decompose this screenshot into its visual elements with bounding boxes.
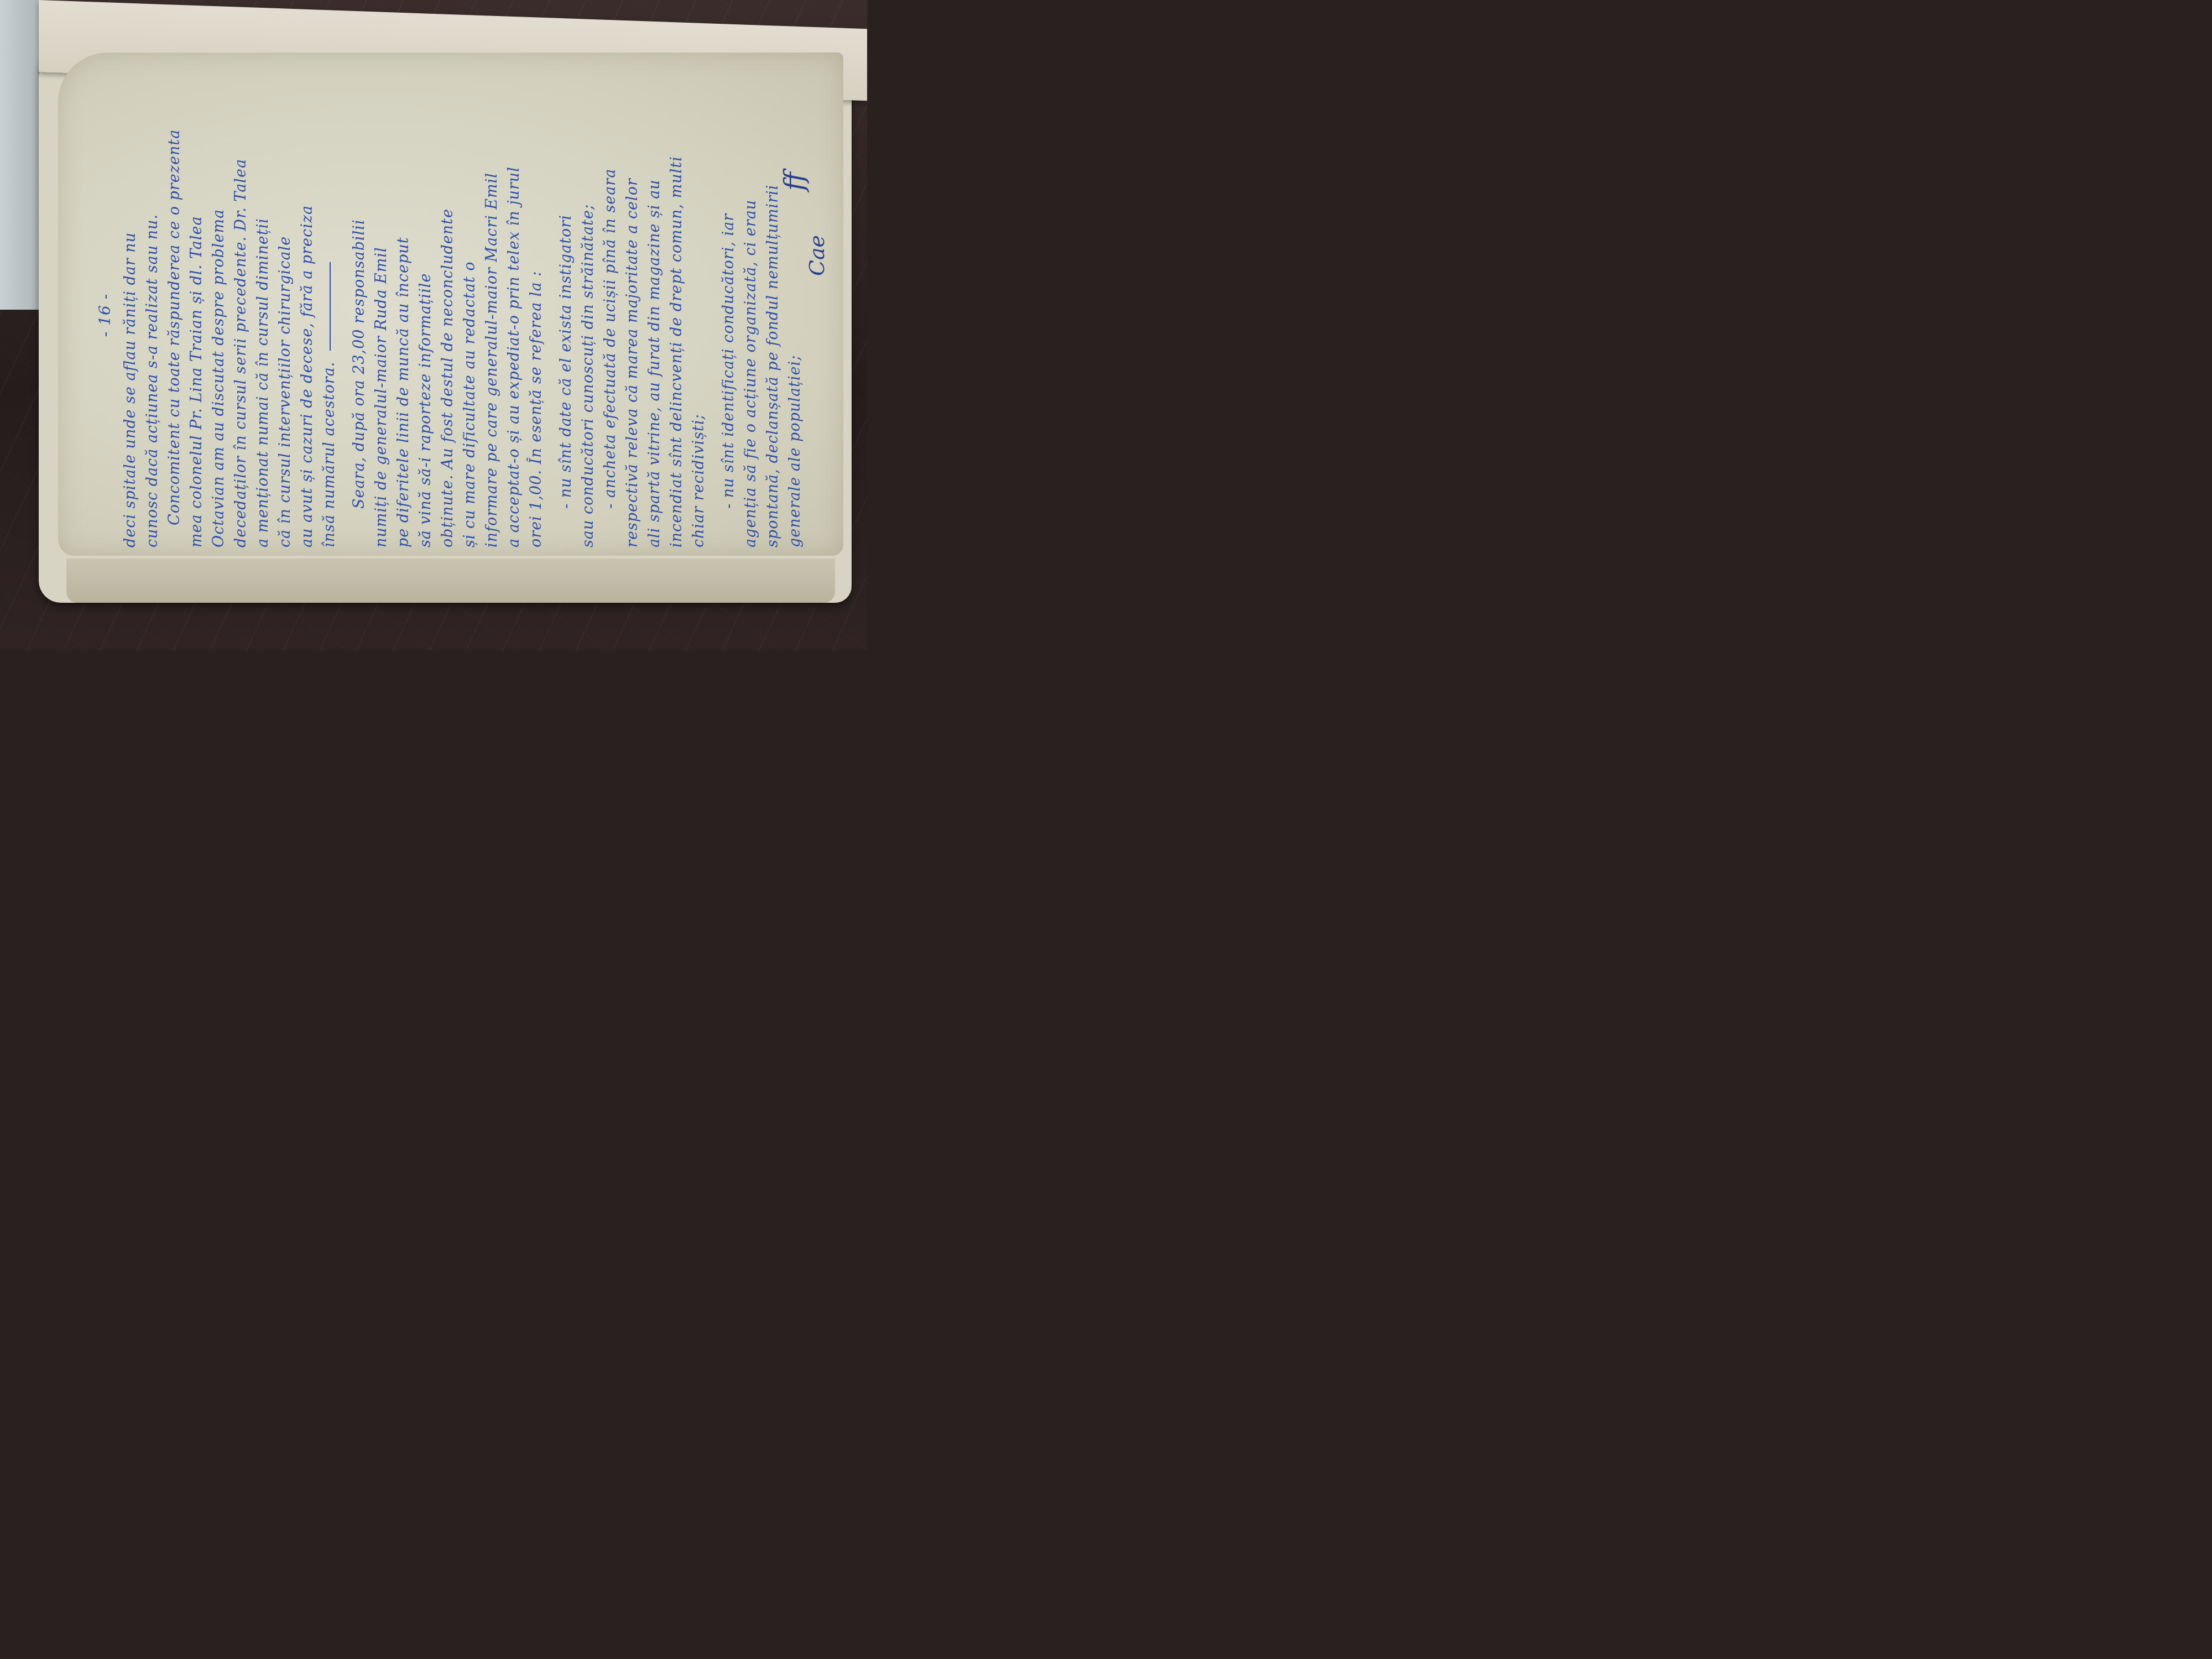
bullet-line: agenția să fie o acțiune organizată, ci … xyxy=(740,83,762,547)
text-line: însă numărul acestora. xyxy=(319,83,341,547)
page-number: - 16 - xyxy=(94,83,116,547)
signature-scribble: ff xyxy=(779,172,810,191)
page-edges xyxy=(66,559,835,603)
signature-text: Cae xyxy=(805,235,829,276)
text-line: obținute. Au fost destul de neconcludent… xyxy=(437,83,459,547)
bullet-line: generale ale populației; xyxy=(784,83,806,547)
spacer xyxy=(341,83,348,547)
paragraph-1: deci spitale unde se aflau răniți dar nu… xyxy=(119,83,341,547)
spacer xyxy=(547,83,555,547)
bullet-line: - nu sînt identificați conducători, iar xyxy=(718,83,740,547)
text-line: numiți de generalul-maior Ruda Emil xyxy=(371,83,393,547)
text-line: Concomitent cu toate răspunderea ce o pr… xyxy=(164,83,186,547)
text-line: orei 1,00. În esență se referea la : xyxy=(525,83,547,547)
bullet-line: spontană, declanșată pe fondul nemulțumi… xyxy=(762,83,784,547)
underline-rule xyxy=(330,262,331,351)
text-line: deci spitale unde se aflau răniți dar nu xyxy=(119,83,142,547)
text-line: că în cursul intervențiilor chirurgicale xyxy=(274,83,296,547)
spacer xyxy=(710,83,718,547)
text-line: Octavian am au discutat despre problema xyxy=(208,83,230,547)
text-line: pe diferitele linii de muncă au început xyxy=(393,83,415,547)
text-line: și cu mare dificultate au redactat o xyxy=(459,83,481,547)
bullet-line: - nu sînt date că el exista instigatori xyxy=(555,83,577,547)
bullet-line: - ancheta efectuată de ucișii pînă în se… xyxy=(599,83,622,547)
bullet-line: sau conducători cunoscuți din străinătat… xyxy=(577,83,599,547)
bullet-line: ali spartă vitrine, au furat din magazin… xyxy=(644,83,666,547)
text-line: informare pe care generalul-maior Macri … xyxy=(481,83,503,547)
background-light-area xyxy=(0,0,39,310)
paragraph-2: Seara, după ora 23,00 responsabilii numi… xyxy=(348,83,547,547)
bullet-list: - nu sînt date că el exista instigatori … xyxy=(555,83,806,547)
bullet-line: chiar recidiviști; xyxy=(688,83,710,547)
text-line: să vină să-i raporteze informațiile xyxy=(415,83,437,547)
text-line: a acceptat-o și au expediat-o prin telex… xyxy=(503,83,525,547)
text-line: cunosc dacă acțiunea s-a realizat sau nu… xyxy=(142,83,164,547)
text-line: decedaților în cursul serii precedente. … xyxy=(230,83,252,547)
bullet-line: respectivă releva că marea majoritate a … xyxy=(622,83,644,547)
text-line: Seara, după ora 23,00 responsabilii xyxy=(348,83,371,547)
text-line: mea colonelul Pr. Lina Traian și dl. Tal… xyxy=(186,83,208,547)
text-line-content: însă numărul acestora. xyxy=(321,362,338,547)
text-line: a menționat numai că în cursul dimineții xyxy=(252,83,274,547)
rotated-handwriting: - 16 - deci spitale unde se aflau răniți… xyxy=(94,83,830,547)
text-line: au avut și cazuri de decese, fără a prec… xyxy=(296,83,319,547)
bullet-line: incendiat sînt delincvenți de drept comu… xyxy=(666,83,688,547)
handwritten-text-area: - 16 - deci spitale unde se aflau răniți… xyxy=(94,83,830,547)
